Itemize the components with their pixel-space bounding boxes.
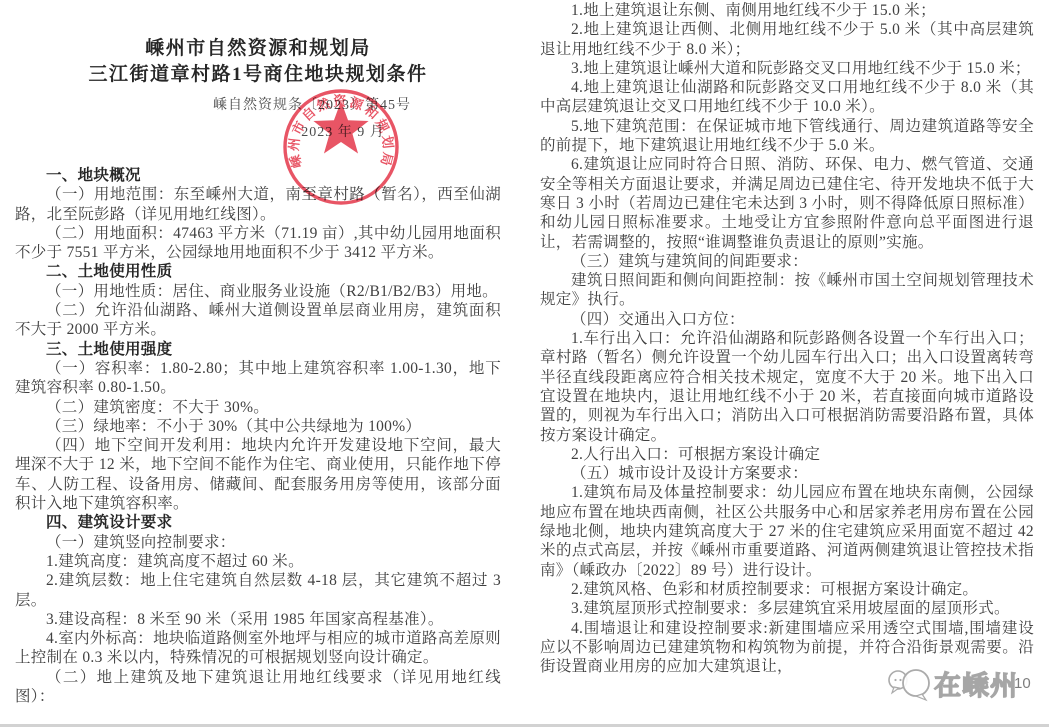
paragraph: 5.地下建筑范围：在保证城市地下管线通行、周边建筑道路等安全的前提下，地下建筑退… — [540, 117, 1034, 156]
paragraph: （二）允许沿仙湖路、嵊州大道侧设置单层商业用房，建筑面积不大于 2000 平方米… — [15, 301, 501, 340]
paragraph: 2.建筑风格、色彩和材质控制要求：可根据方案设计确定。 — [540, 580, 1034, 599]
paragraph: （一）容积率：1.80-2.80；其中地上建筑容积率 1.00-1.30，地下建… — [15, 359, 501, 398]
paragraph: （一）建筑竖向控制要求： — [15, 533, 501, 552]
paragraph: 2.人行出入口：可根据方案设计确定 — [540, 445, 1034, 464]
doc-title-line1: 嵊州市自然资源和规划局 — [15, 30, 501, 62]
section-heading: 一、地块概况 — [15, 166, 501, 185]
left-column: 嵊州市自然资源和规划局 三江街道章村路1号商住地块规划条件 嵊自然资规条〔202… — [15, 30, 501, 706]
right-paragraphs: 1.地上建筑退让东侧、南侧用地红线不少于 15.0 米；2.地上建筑退让西侧、北… — [540, 1, 1034, 676]
paragraph: 2.建筑层数：地上住宅建筑自然层数 4-18 层，其它建筑不超过 3 层。 — [15, 571, 501, 610]
paragraph: 2.地上建筑退让西侧、北侧用地红线不少于 5.0 米（其中高层建筑退让用地红线不… — [540, 20, 1034, 59]
section-heading: 四、建筑设计要求 — [15, 513, 501, 532]
document-page: 嵊州市自然资源和规划局 三江街道章村路1号商住地块规划条件 嵊自然资规条〔202… — [0, 0, 1049, 727]
paragraph: 4.地上建筑退让仙湖路和阮彭路交叉口用地红线不少于 8.0 米（其中高层建筑退让… — [540, 78, 1034, 117]
paragraph: （五）城市设计及设计方案要求： — [540, 464, 1034, 483]
paragraph: 4.室内外标高：地块临道路侧室外地坪与相应的城市道路高差原则上控制在 0.3 米… — [15, 629, 501, 668]
paragraph: 3.建筑屋顶形式控制要求：多层建筑宜采用坡屋面的屋顶形式。 — [540, 599, 1034, 618]
right-column: 1.地上建筑退让东侧、南侧用地红线不少于 15.0 米；2.地上建筑退让西侧、北… — [540, 1, 1034, 676]
paragraph: 4.围墙退让和建设控制要求:新建围墙应采用透空式围墙,围墙建设应以不影响周边已建… — [540, 619, 1034, 677]
paragraph: （一）用地范围：东至嵊州大道，南至章村路（暂名），西至仙湖路，北至阮彭路（详见用… — [15, 185, 501, 224]
section-heading: 二、土地使用性质 — [15, 262, 501, 281]
paragraph: （三）建筑与建筑间的间距要求： — [540, 252, 1034, 271]
paragraph: 1.地上建筑退让东侧、南侧用地红线不少于 15.0 米； — [540, 1, 1034, 20]
paragraph: 建筑日照间距和侧向间距控制：按《嵊州市国土空间规划管理技术规定》执行。 — [540, 271, 1034, 310]
paragraph: 1.车行出入口：允许沿仙湖路和阮彭路侧各设置一个车行出入口；章村路（暂名）侧允许… — [540, 329, 1034, 445]
paragraph: （四）地下空间开发利用：地块内允许开发建设地下空间，最大埋深不大于 12 米，地… — [15, 436, 501, 513]
paragraph: （四）交通出入口方位： — [540, 310, 1034, 329]
page-number: 10 — [1014, 675, 1031, 692]
paragraph: 6.建筑退让应同时符合日照、消防、环保、电力、燃气管道、交通安全等相关方面退让要… — [540, 155, 1034, 251]
paragraph: 1.建筑高度：建筑高度不超过 60 米。 — [15, 552, 501, 571]
paragraph: （二）地上建筑及地下建筑退让用地红线要求（详见用地红线图）： — [15, 668, 501, 707]
paragraph: 3.地上建筑退让嵊州大道和阮彭路交叉口用地红线不少于 15.0 米； — [540, 59, 1034, 78]
doc-date: 2023 年 9 月 — [15, 125, 501, 141]
paragraph: （二）建筑密度：不大于 30%。 — [15, 398, 501, 417]
paragraph: 1.建筑布局及体量控制要求：幼儿园应布置在地块东南侧，公园绿地应布置在地块西南侧… — [540, 483, 1034, 579]
paragraph: （一）用地性质：居住、商业服务业设施（R2/B1/B2/B3）用地。 — [15, 282, 501, 301]
paragraph: 3.建设高程：8 米至 90 米（采用 1985 年国家高程基准）。 — [15, 610, 501, 629]
doc-title-line2: 三江街道章村路1号商住地块规划条件 — [15, 62, 501, 88]
paragraph: （二）用地面积：47463 平方米（71.19 亩）,其中幼儿园用地面积不少于 … — [15, 224, 501, 263]
doc-number: 嵊自然资规条〔2023〕第45号 — [15, 97, 501, 114]
section-heading: 三、土地使用强度 — [15, 340, 501, 359]
left-paragraphs: 一、地块概况（一）用地范围：东至嵊州大道，南至章村路（暂名），西至仙湖路，北至阮… — [15, 166, 501, 706]
paragraph: （三）绿地率：不小于 30%（其中公共绿地为 100%） — [15, 417, 501, 436]
